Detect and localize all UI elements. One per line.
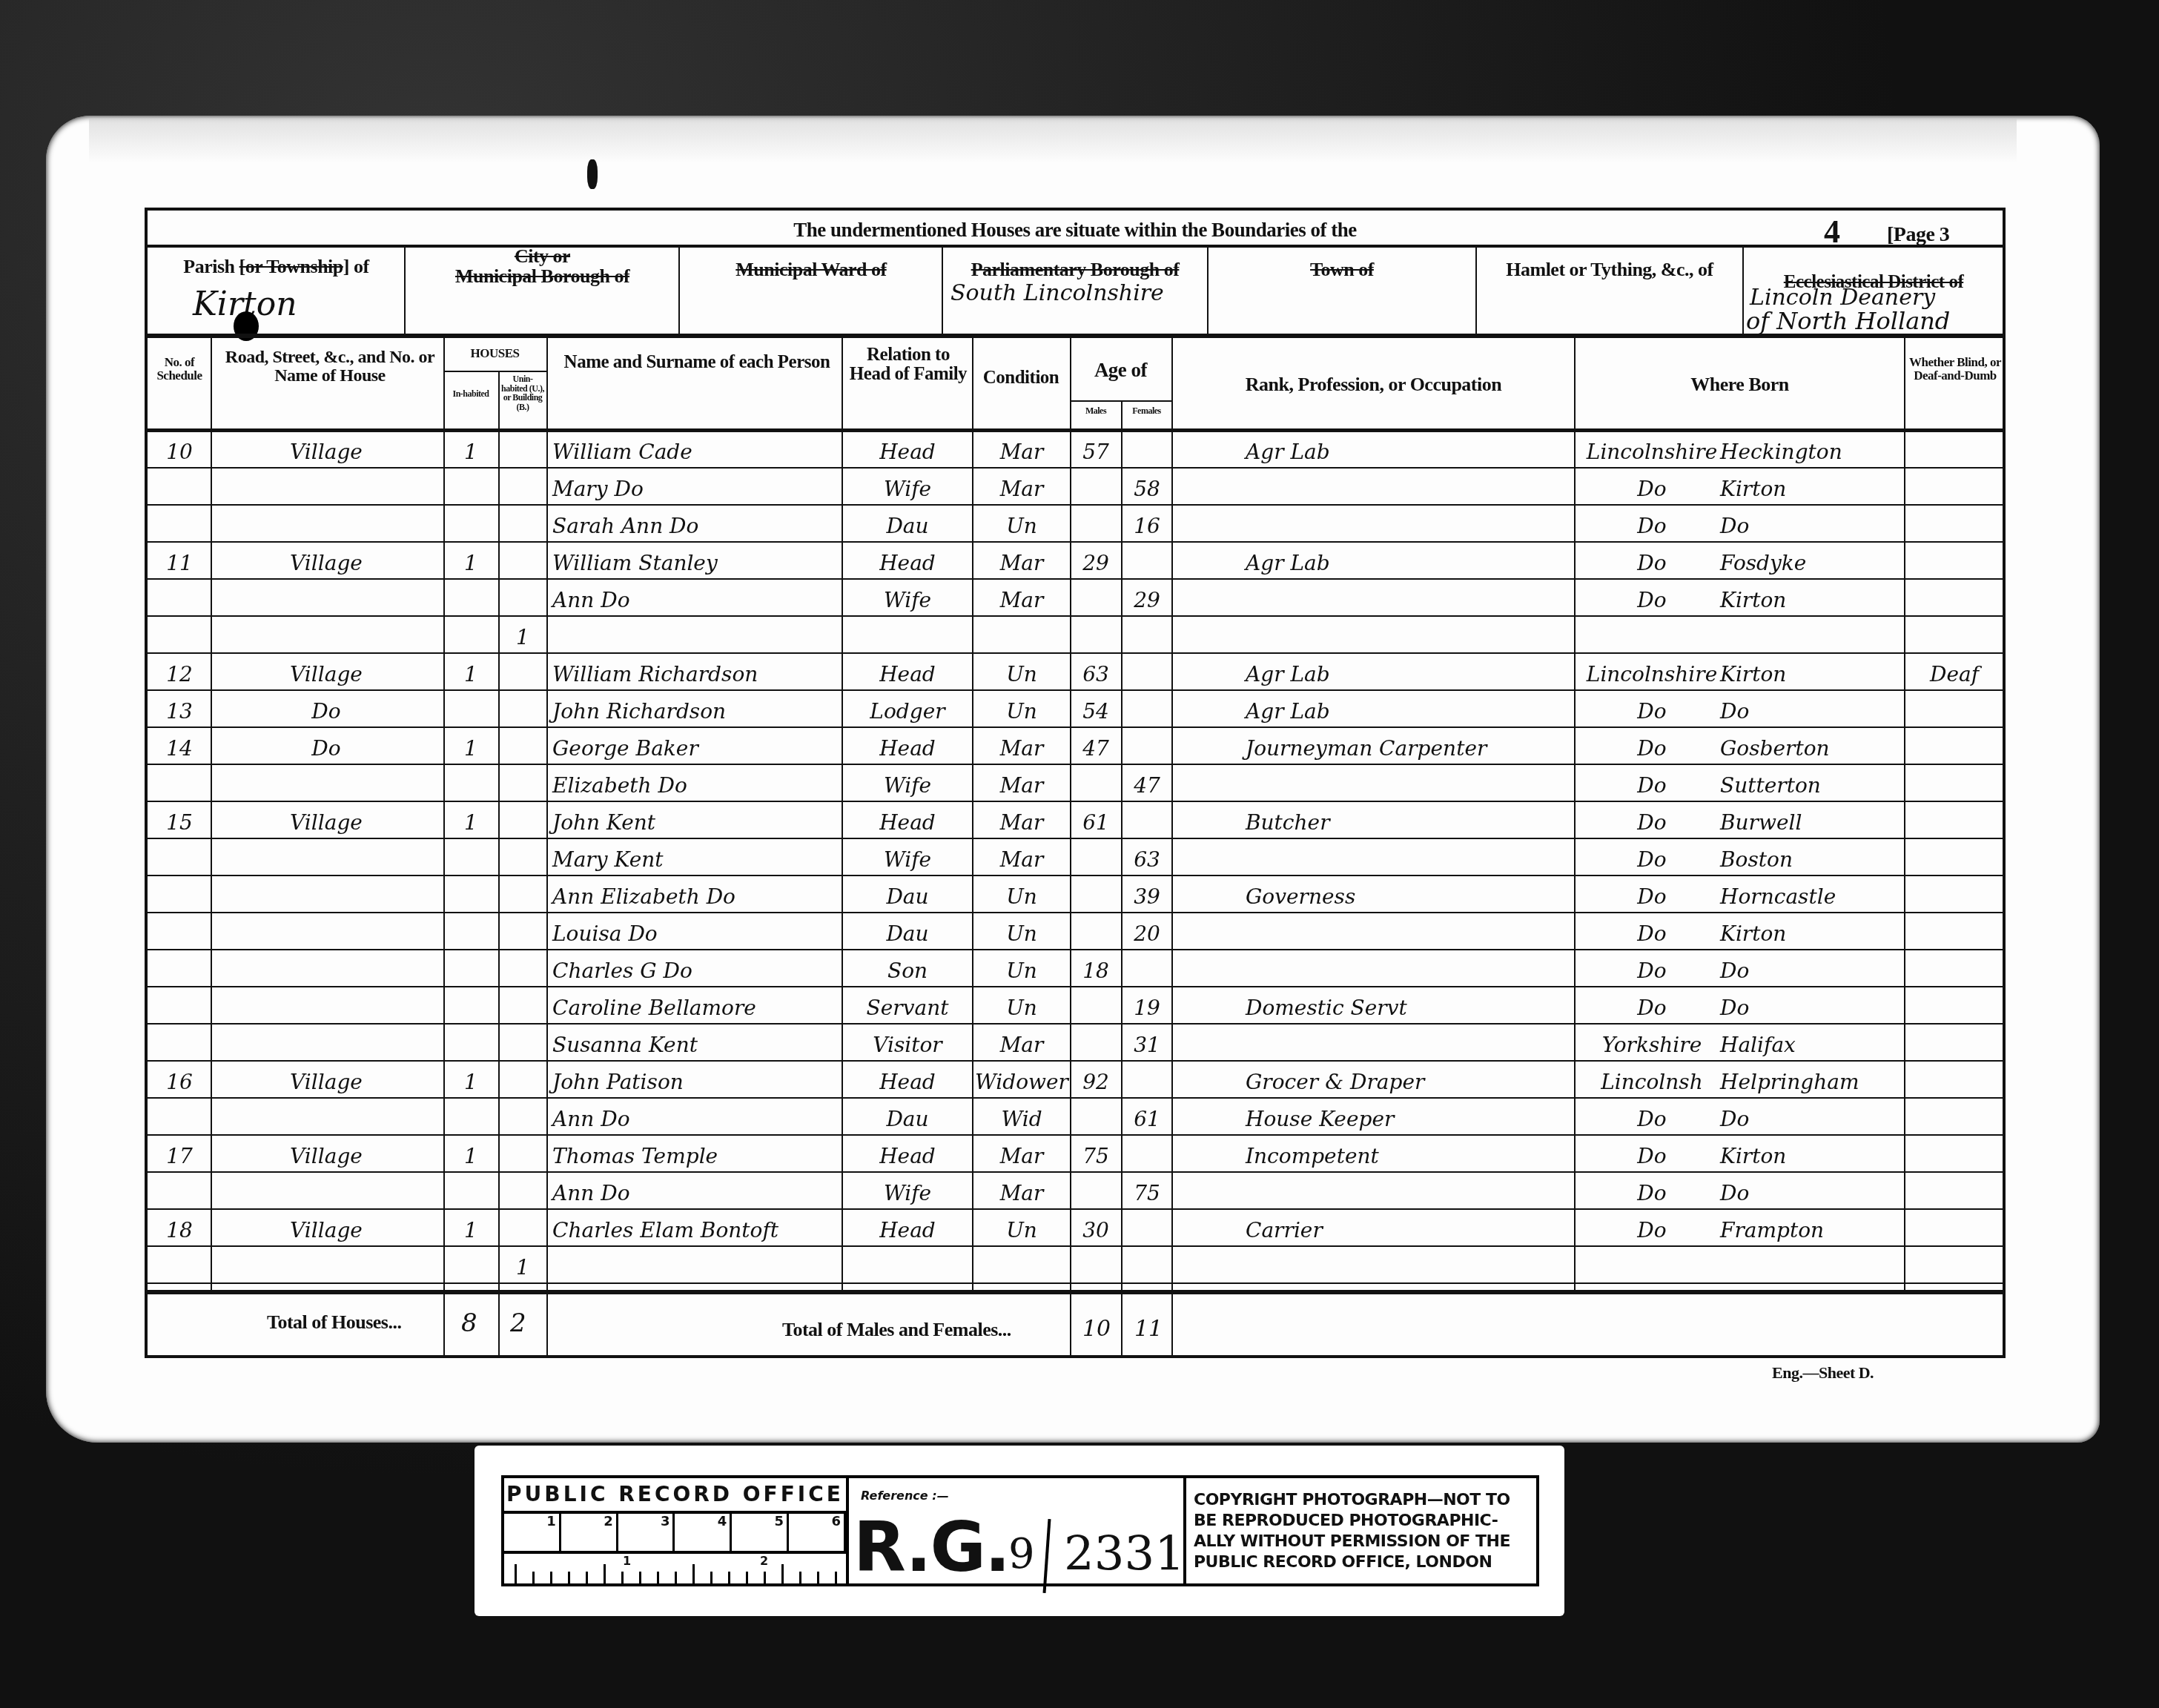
cell-relation: Son: [845, 949, 970, 986]
cell-name: [552, 615, 838, 652]
cell-uninhabited: [500, 838, 546, 875]
cell-schedule: [148, 1171, 211, 1208]
cell-occupation: [1246, 1245, 1572, 1282]
cell-female-age: [1123, 801, 1171, 838]
cell-uninhabited: [500, 764, 546, 801]
ruler-tick: [532, 1572, 535, 1586]
cell-relation: Dau: [845, 1097, 970, 1134]
col-header-relation: Relation to Head of Family: [845, 345, 971, 385]
cell-occupation: [1246, 467, 1572, 504]
cell-born-place: Do: [1720, 1097, 1902, 1134]
cell-relation: Head: [845, 1208, 970, 1245]
cell-condition: Mar: [974, 764, 1069, 801]
cell-born-place: Burwell: [1720, 801, 1902, 838]
cell-occupation: Incompetent: [1246, 1134, 1572, 1171]
cell-name: Mary Do: [552, 467, 838, 504]
cell-condition: Mar: [974, 801, 1069, 838]
cell-male-age: [1071, 467, 1120, 504]
cell-female-age: 58: [1123, 467, 1171, 504]
reference-slash: [1043, 1519, 1051, 1593]
row-rule: [147, 1282, 2003, 1284]
cell-road: Village: [215, 1208, 437, 1245]
cell-condition: Un: [974, 1208, 1069, 1245]
col-line: [1171, 338, 1173, 1358]
cell-name: Ann Do: [552, 578, 838, 615]
ruler-tick: [639, 1572, 641, 1586]
ruler-tick: [781, 1564, 784, 1586]
cell-road: Do: [215, 689, 437, 726]
cell-condition: Mar: [974, 541, 1069, 578]
total-persons-label: Total of Males and Females...: [782, 1320, 1011, 1340]
cell-male-age: [1071, 1023, 1120, 1060]
cell-blind: [1905, 1245, 2003, 1282]
cell-relation: [845, 615, 970, 652]
cell-male-age: [1071, 764, 1120, 801]
cell-occupation: [1246, 838, 1572, 875]
cell-occupation: Agr Lab: [1246, 689, 1572, 726]
cell-schedule: [148, 875, 211, 912]
cell-occupation: Journeyman Carpenter: [1246, 726, 1572, 764]
cell-name: John Richardson: [552, 689, 838, 726]
cell-inhabited: [445, 949, 497, 986]
cell-uninhabited: [500, 1097, 546, 1134]
cell-born-county: Lincolnshire: [1578, 652, 1726, 689]
cell-uninhabited: [500, 949, 546, 986]
cell-relation: Head: [845, 1060, 970, 1097]
cell-female-age: 47: [1123, 764, 1171, 801]
ruler-tick: [728, 1572, 730, 1586]
ruler-tick: [692, 1564, 695, 1586]
cell-born-place: Do: [1720, 949, 1902, 986]
ruler-tick: [817, 1572, 819, 1586]
cell-road: [215, 986, 437, 1023]
cell-male-age: [1071, 875, 1120, 912]
col-header-houses: HOUSES: [443, 347, 546, 360]
sheet-label: Eng.—Sheet D.: [1772, 1364, 1874, 1381]
cell-condition: Widower: [974, 1060, 1069, 1097]
cell-road: [215, 1097, 437, 1134]
cell-condition: Un: [974, 986, 1069, 1023]
cell-condition: Mar: [974, 467, 1069, 504]
cell-condition: [974, 1245, 1069, 1282]
cell-male-age: [1071, 615, 1120, 652]
cell-road: Village: [215, 430, 437, 467]
cell-inhabited: [445, 1097, 497, 1134]
ruler-tick: [515, 1564, 517, 1586]
cell-male-age: 18: [1071, 949, 1120, 986]
ruler-cm-label: 1: [623, 1554, 631, 1568]
cell-relation: Wife: [845, 764, 970, 801]
cell-name: Sarah Ann Do: [552, 504, 838, 541]
cell-inhabited: 1: [445, 652, 497, 689]
cell-uninhabited: 1: [500, 1245, 546, 1282]
cell-occupation: Butcher: [1246, 801, 1572, 838]
cell-relation: Servant: [845, 986, 970, 1023]
cell-female-age: 16: [1123, 504, 1171, 541]
cell-uninhabited: [500, 875, 546, 912]
ruler-tick: [568, 1572, 570, 1586]
cell-female-age: [1123, 1134, 1171, 1171]
cell-name: William Richardson: [552, 652, 838, 689]
cell-occupation: Carrier: [1246, 1208, 1572, 1245]
cell-born-county: Do: [1578, 801, 1726, 838]
col-header-age: Age of: [1070, 360, 1171, 380]
cell-born-county: Do: [1578, 838, 1726, 875]
copyright-line: ALLY WITHOUT PERMISSION OF THE: [1194, 1532, 1529, 1552]
cell-blind: [1905, 1208, 2003, 1245]
cell-road: Village: [215, 541, 437, 578]
cell-schedule: [148, 986, 211, 1023]
paper-shadow: [89, 119, 2017, 163]
cell-born-county: Do: [1578, 1097, 1726, 1134]
cell-blind: [1905, 949, 2003, 986]
ruler-tick: [764, 1572, 766, 1586]
cell-relation: Dau: [845, 504, 970, 541]
cell-schedule: [148, 1245, 211, 1282]
cell-road: Village: [215, 652, 437, 689]
cell-blind: [1905, 912, 2003, 949]
cell-blind: [1905, 689, 2003, 726]
ruler-tick: [746, 1572, 748, 1586]
houses-subdivider: [443, 371, 546, 372]
cell-born-place: Do: [1720, 1171, 1902, 1208]
cell-born-county: Do: [1578, 504, 1726, 541]
cell-schedule: 12: [148, 652, 211, 689]
cell-inhabited: 1: [445, 726, 497, 764]
cell-male-age: [1071, 504, 1120, 541]
cell-name: William Stanley: [552, 541, 838, 578]
cell-occupation: Agr Lab: [1246, 652, 1572, 689]
cell-road: [215, 838, 437, 875]
total-females: 11: [1134, 1316, 1163, 1342]
cell-schedule: [148, 615, 211, 652]
cell-uninhabited: [500, 986, 546, 1023]
cell-female-age: [1123, 430, 1171, 467]
ruler-inches: 123456: [504, 1514, 846, 1554]
cell-born-county: Do: [1578, 541, 1726, 578]
cell-born-place: Do: [1720, 504, 1902, 541]
cell-condition: Wid: [974, 1097, 1069, 1134]
cell-name: William Cade: [552, 430, 838, 467]
col-line: [1574, 338, 1576, 1290]
cell-schedule: 17: [148, 1134, 211, 1171]
cell-uninhabited: [500, 689, 546, 726]
cell-inhabited: 1: [445, 801, 497, 838]
ruler-tick: [835, 1572, 837, 1586]
cell-born-place: Boston: [1720, 838, 1902, 875]
cell-relation: Lodger: [845, 689, 970, 726]
cell-blind: [1905, 1171, 2003, 1208]
copyright-line: BE REPRODUCED PHOTOGRAPHIC-: [1194, 1511, 1529, 1532]
cell-road: [215, 875, 437, 912]
cell-born-county: Do: [1578, 912, 1726, 949]
cell-blind: [1905, 986, 2003, 1023]
cell-female-age: 63: [1123, 838, 1171, 875]
cell-uninhabited: [500, 652, 546, 689]
cell-occupation: House Keeper: [1246, 1097, 1572, 1134]
ruler-section: PUBLIC RECORD OFFICE 123456 12: [504, 1478, 849, 1583]
cell-blind: [1905, 1023, 2003, 1060]
ruler-tick: [675, 1572, 677, 1586]
cell-inhabited: [445, 912, 497, 949]
cell-relation: Wife: [845, 1171, 970, 1208]
cell-inhabited: 1: [445, 1208, 497, 1245]
cell-born-place: [1720, 1245, 1902, 1282]
cell-female-age: [1123, 541, 1171, 578]
cell-blind: [1905, 541, 2003, 578]
cell-name: Ann Elizabeth Do: [552, 875, 838, 912]
cell-uninhabited: [500, 467, 546, 504]
cell-name: John Kent: [552, 801, 838, 838]
cell-road: Do: [215, 726, 437, 764]
cell-inhabited: [445, 1245, 497, 1282]
cell-schedule: 15: [148, 801, 211, 838]
cell-uninhabited: [500, 430, 546, 467]
cell-blind: [1905, 1134, 2003, 1171]
cell-born-county: Yorkshire: [1578, 1023, 1726, 1060]
cell-name: Susanna Kent: [552, 1023, 838, 1060]
col-header-condition: Condition: [973, 368, 1069, 388]
cell-female-age: 61: [1123, 1097, 1171, 1134]
total-houses-label: Total of Houses...: [267, 1312, 401, 1332]
cell-inhabited: [445, 764, 497, 801]
ruler-tick: [621, 1572, 624, 1586]
cell-blind: [1905, 615, 2003, 652]
copyright-line: COPYRIGHT PHOTOGRAPH—NOT TO: [1194, 1490, 1529, 1511]
office-title: PUBLIC RECORD OFFICE: [504, 1478, 846, 1514]
cell-female-age: [1123, 1208, 1171, 1245]
ruler-mark: 4: [675, 1514, 732, 1551]
cell-occupation: [1246, 1171, 1572, 1208]
cell-blind: [1905, 467, 2003, 504]
cell-schedule: [148, 504, 211, 541]
col-header-males: Males: [1071, 406, 1121, 416]
cell-female-age: 19: [1123, 986, 1171, 1023]
col-header-inhabited: In-habited: [447, 389, 495, 399]
copyright-section: COPYRIGHT PHOTOGRAPH—NOT TOBE REPRODUCED…: [1186, 1478, 1536, 1583]
cell-relation: Head: [845, 652, 970, 689]
reference-prefix: R.G.: [853, 1508, 1009, 1587]
cell-relation: Head: [845, 1134, 970, 1171]
cell-schedule: 16: [148, 1060, 211, 1097]
cell-inhabited: [445, 838, 497, 875]
cell-relation: Visitor: [845, 1023, 970, 1060]
cell-blind: [1905, 1097, 2003, 1134]
cell-female-age: 31: [1123, 1023, 1171, 1060]
cell-born-county: Do: [1578, 986, 1726, 1023]
cell-blind: [1905, 430, 2003, 467]
ruler-mark: 6: [789, 1514, 846, 1551]
ruler-mark: 1: [504, 1514, 561, 1551]
cell-road: [215, 504, 437, 541]
cell-uninhabited: 1: [500, 615, 546, 652]
cell-male-age: 30: [1071, 1208, 1120, 1245]
cell-name: Ann Do: [552, 1171, 838, 1208]
cell-name: Thomas Temple: [552, 1134, 838, 1171]
cell-born-county: Lincolnsh: [1578, 1060, 1726, 1097]
cell-schedule: [148, 1023, 211, 1060]
cell-name: George Baker: [552, 726, 838, 764]
ruler-tick: [550, 1572, 552, 1586]
reference-series: 9: [1008, 1530, 1035, 1578]
total-uninhabited: 2: [510, 1308, 526, 1338]
col-header-females: Females: [1122, 406, 1171, 416]
boundary-hamlet-label: Hamlet or Tything, &c., of: [1477, 259, 1742, 279]
cell-schedule: 11: [148, 541, 211, 578]
cell-blind: [1905, 801, 2003, 838]
boundary-divider-bottom: [145, 334, 2006, 338]
cell-uninhabited: [500, 504, 546, 541]
cell-schedule: [148, 912, 211, 949]
cell-male-age: 63: [1071, 652, 1120, 689]
cell-born-county: Do: [1578, 1171, 1726, 1208]
cell-inhabited: [445, 875, 497, 912]
cell-born-county: Do: [1578, 949, 1726, 986]
cell-name: Elizabeth Do: [552, 764, 838, 801]
col-header-born: Where Born: [1576, 374, 1904, 394]
cell-occupation: [1246, 764, 1572, 801]
banner-text: The undermentioned Houses are situate wi…: [667, 219, 1483, 240]
cell-blind: [1905, 726, 2003, 764]
cell-male-age: [1071, 1171, 1120, 1208]
cell-inhabited: 1: [445, 430, 497, 467]
cell-inhabited: 1: [445, 541, 497, 578]
cell-schedule: 18: [148, 1208, 211, 1245]
cell-born-place: [1720, 615, 1902, 652]
cell-inhabited: [445, 578, 497, 615]
ruler-tick: [710, 1572, 712, 1586]
total-inhabited: 8: [461, 1308, 477, 1338]
cell-road: [215, 1171, 437, 1208]
cell-blind: [1905, 504, 2003, 541]
cell-road: [215, 615, 437, 652]
cell-female-age: [1123, 652, 1171, 689]
cell-male-age: [1071, 986, 1120, 1023]
cell-condition: Mar: [974, 1023, 1069, 1060]
cell-blind: [1905, 875, 2003, 912]
cell-schedule: [148, 578, 211, 615]
cell-female-age: 75: [1123, 1171, 1171, 1208]
col-line: [546, 338, 548, 1358]
cell-uninhabited: [500, 578, 546, 615]
cell-inhabited: 1: [445, 1134, 497, 1171]
cell-male-age: 57: [1071, 430, 1120, 467]
ruler-tick: [586, 1572, 588, 1586]
cell-relation: Head: [845, 801, 970, 838]
cell-uninhabited: [500, 1060, 546, 1097]
cell-born-county: Do: [1578, 726, 1726, 764]
boundary-parliamentary-label: Parliamentary Borough of: [943, 259, 1207, 279]
col-line: [972, 338, 973, 1290]
cell-condition: Mar: [974, 430, 1069, 467]
reference-label: Reference :—: [861, 1489, 949, 1503]
cell-name: John Patison: [552, 1060, 838, 1097]
col-header-name: Name and Surname of each Person: [563, 353, 830, 372]
ink-blot: [587, 159, 598, 189]
cell-female-age: [1123, 1245, 1171, 1282]
cell-female-age: [1123, 949, 1171, 986]
cell-born-county: Do: [1578, 1208, 1726, 1245]
cell-road: [215, 1245, 437, 1282]
cell-occupation: [1246, 615, 1572, 652]
cell-born-place: Halifax: [1720, 1023, 1902, 1060]
cell-blind: [1905, 838, 2003, 875]
cell-uninhabited: [500, 1208, 546, 1245]
cell-male-age: [1071, 838, 1120, 875]
cell-inhabited: [445, 504, 497, 541]
cell-female-age: 20: [1123, 912, 1171, 949]
cell-schedule: 14: [148, 726, 211, 764]
col-header-uninhabited: Unin-habited (U.), or Building (B.): [500, 374, 546, 411]
boundary-ward-label: Municipal Ward of: [681, 259, 942, 279]
cell-male-age: [1071, 912, 1120, 949]
cell-condition: Mar: [974, 1134, 1069, 1171]
cell-condition: Un: [974, 875, 1069, 912]
cell-condition: Un: [974, 652, 1069, 689]
cell-inhabited: [445, 1023, 497, 1060]
cell-born-place: Kirton: [1720, 912, 1902, 949]
cell-born-county: Do: [1578, 578, 1726, 615]
cell-road: Village: [215, 1060, 437, 1097]
cell-road: Village: [215, 801, 437, 838]
ruler-cm-label: 2: [760, 1554, 768, 1568]
cell-inhabited: [445, 986, 497, 1023]
cell-relation: Wife: [845, 838, 970, 875]
cell-uninhabited: [500, 1134, 546, 1171]
cell-name: Charles G Do: [552, 949, 838, 986]
cell-born-county: [1578, 615, 1726, 652]
copyright-notice: COPYRIGHT PHOTOGRAPH—NOT TOBE REPRODUCED…: [1194, 1490, 1529, 1573]
cell-male-age: 47: [1071, 726, 1120, 764]
ruler-tick: [657, 1572, 659, 1586]
cell-uninhabited: [500, 1023, 546, 1060]
cell-male-age: 61: [1071, 801, 1120, 838]
cell-condition: Mar: [974, 726, 1069, 764]
record-office-frame: PUBLIC RECORD OFFICE 123456 12 Reference…: [501, 1475, 1539, 1586]
cell-uninhabited: [500, 912, 546, 949]
cell-inhabited: [445, 689, 497, 726]
cell-occupation: Governess: [1246, 875, 1572, 912]
cell-male-age: 92: [1071, 1060, 1120, 1097]
cell-condition: Un: [974, 949, 1069, 986]
cell-born-county: Do: [1578, 764, 1726, 801]
cell-condition: Un: [974, 504, 1069, 541]
cell-female-age: [1123, 615, 1171, 652]
cell-born-place: Do: [1720, 986, 1902, 1023]
cell-condition: Mar: [974, 578, 1069, 615]
totals-divider: [145, 1290, 2006, 1294]
ruler-cm: 12: [504, 1554, 846, 1589]
cell-relation: [845, 1245, 970, 1282]
cell-name: Mary Kent: [552, 838, 838, 875]
cell-relation: Wife: [845, 578, 970, 615]
cell-male-age: [1071, 1245, 1120, 1282]
cell-female-age: [1123, 1060, 1171, 1097]
cell-condition: Un: [974, 689, 1069, 726]
col-header-occupation: Rank, Profession, or Occupation: [1175, 374, 1572, 394]
cell-blind: Deaf: [1905, 652, 2003, 689]
ruler-tick: [799, 1572, 801, 1586]
cell-born-place: Do: [1720, 689, 1902, 726]
cell-relation: Dau: [845, 912, 970, 949]
cell-uninhabited: [500, 541, 546, 578]
cell-relation: Head: [845, 430, 970, 467]
cell-road: [215, 912, 437, 949]
cell-occupation: [1246, 504, 1572, 541]
cell-uninhabited: [500, 801, 546, 838]
boundary-parish-label: Parish [or Township] of: [148, 256, 404, 277]
cell-road: Village: [215, 1134, 437, 1171]
